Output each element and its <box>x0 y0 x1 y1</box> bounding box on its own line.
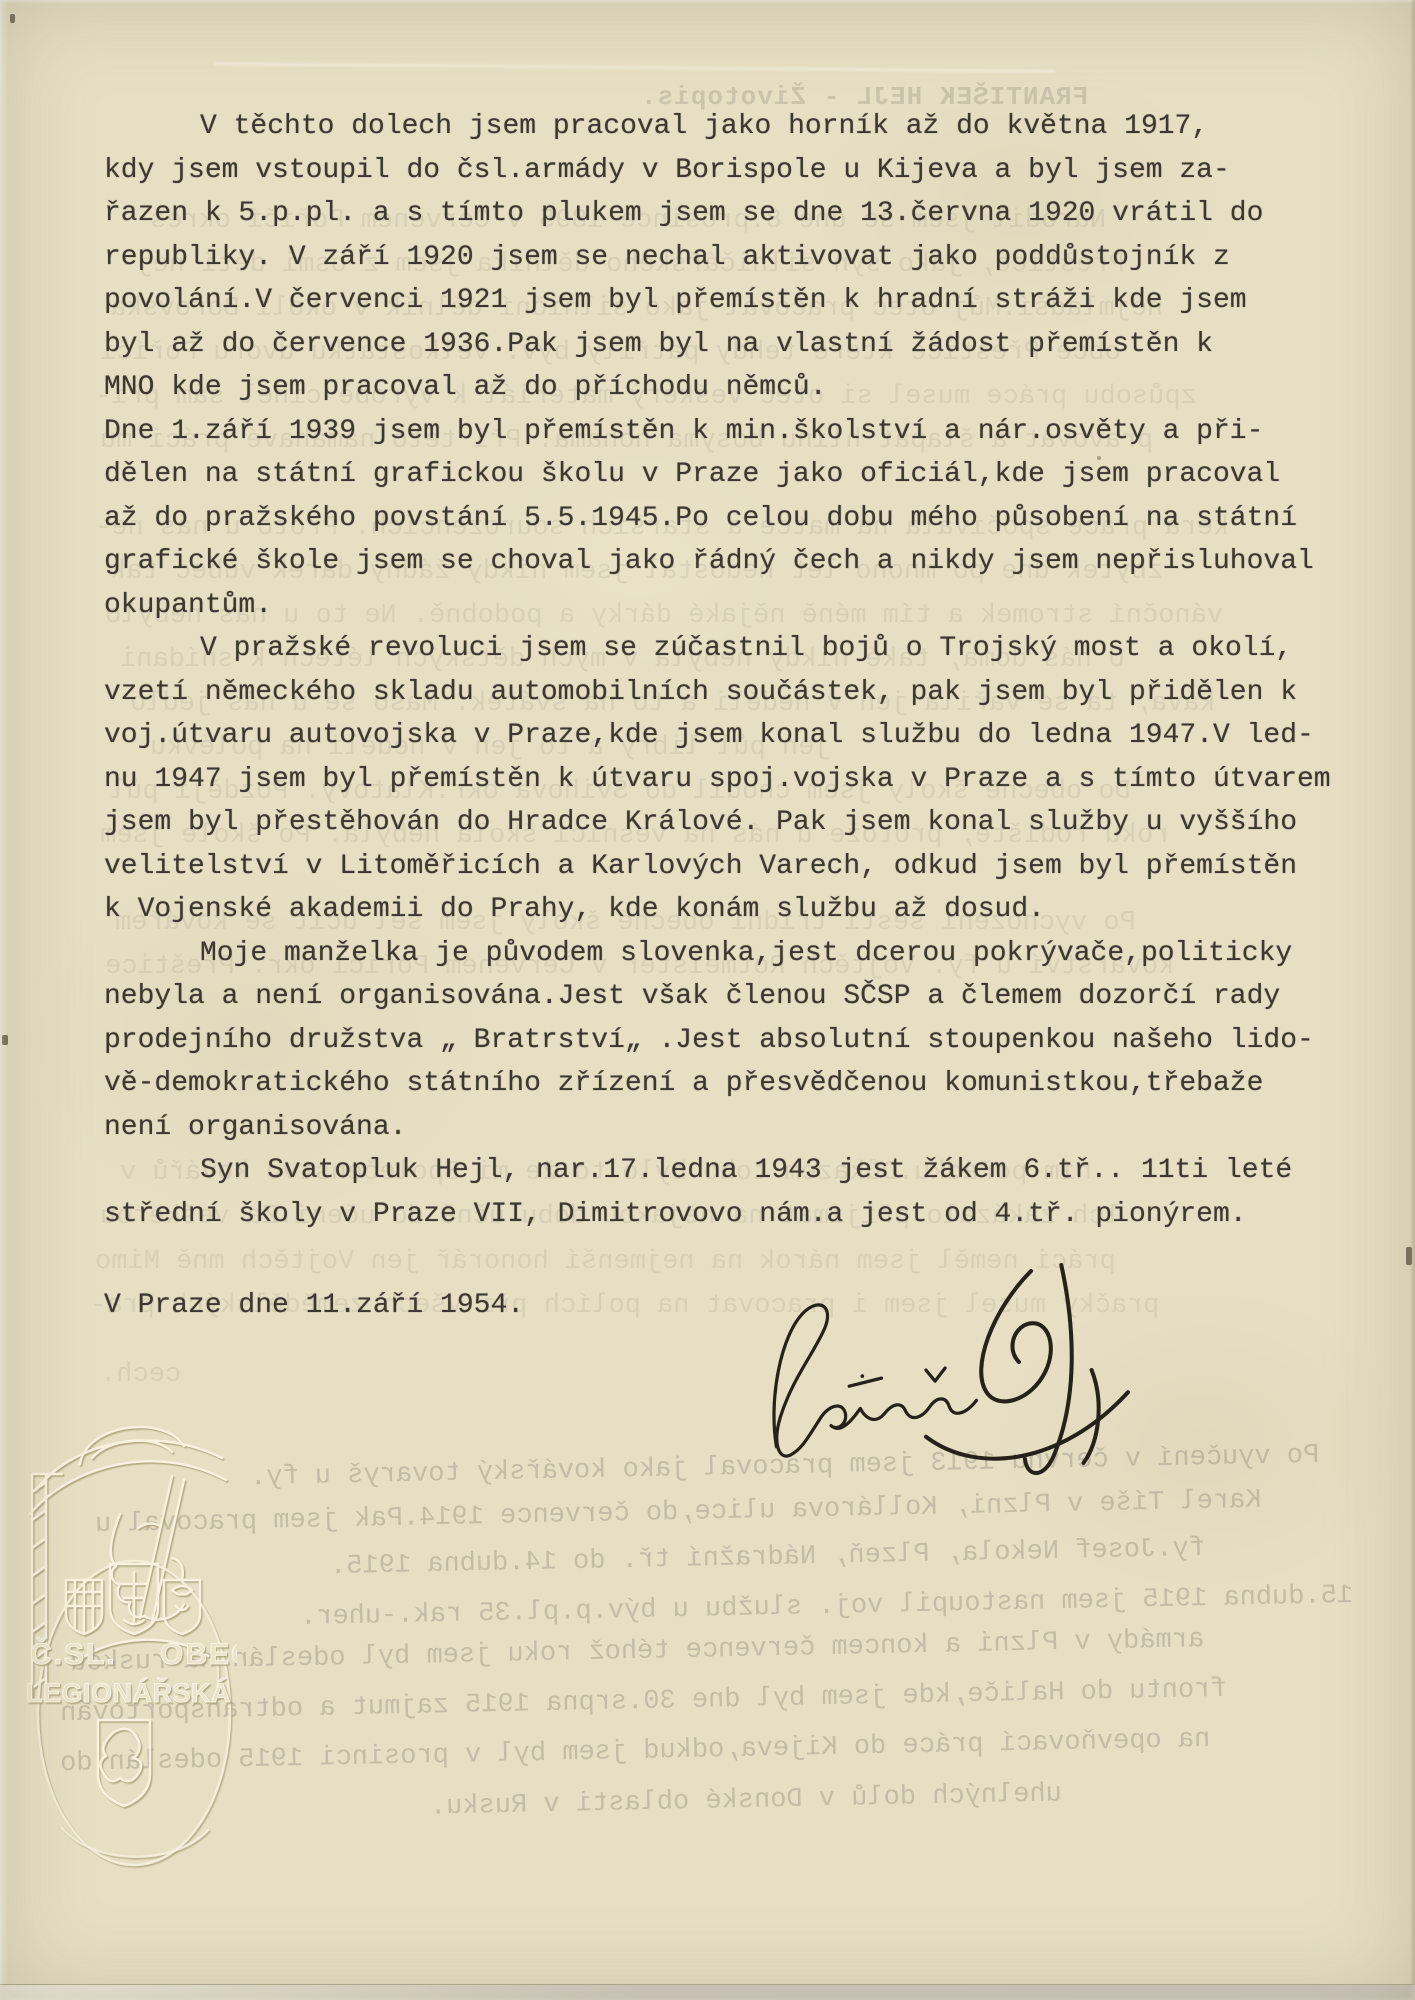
typed-line: nu 1947 jsem byl přemístěn k útvaru spoj… <box>104 758 1369 802</box>
paper-edge-top <box>0 0 1415 4</box>
typed-line: MNO kde jsem pracoval až do příchodu něm… <box>104 366 1369 410</box>
typed-line: k Vojenské akademii do Prahy, kde konám … <box>104 888 1369 932</box>
typed-line: kdy jsem vstoupil do čsl.armády v Borisp… <box>104 149 1369 193</box>
paper-speck <box>10 14 15 23</box>
typed-line: vě-demokratického státního zřízení a pře… <box>104 1062 1369 1106</box>
hat-brim-icon <box>36 1440 222 1490</box>
stamp-text-obec: OBEC <box>160 1638 237 1671</box>
typed-line: povolání.V červenci 1921 jsem byl přemís… <box>104 279 1369 323</box>
typewritten-text-block: V těchto dolech jsem pracoval jako horní… <box>104 105 1369 1236</box>
legionnaire-face-icon <box>111 1514 144 1617</box>
typed-line: střední školy v Praze VII, Dimitrovovo n… <box>104 1193 1369 1237</box>
paper-edge-left <box>0 0 8 2000</box>
typed-line: Moje manželka je původem slovenka,jest d… <box>104 932 1369 976</box>
typed-line: republiky. V září 1920 jsem se nechal ak… <box>104 236 1369 280</box>
typed-line: grafické škole jsem se choval jako řádný… <box>104 540 1369 584</box>
paper-speck <box>1406 1247 1412 1265</box>
typed-line: Dne 1.září 1939 jsem byl přemístěn k min… <box>104 410 1369 454</box>
typed-line: byl až do července 1936.Pak jsem byl na … <box>104 323 1369 367</box>
typed-line: okupantům. <box>104 584 1369 628</box>
typed-line: není organisována. <box>104 1106 1369 1150</box>
stamp-text-csl: Č.SL. <box>30 1637 117 1671</box>
typed-line: dělen na státní grafickou školu v Praze … <box>104 453 1369 497</box>
typed-line: jsem byl přestěhován do Hradce Králové. … <box>104 801 1369 845</box>
paper-speck <box>2 1035 8 1045</box>
stamp-text-legionarska: LEGIONÁŘSKÁ <box>26 1677 231 1708</box>
lion-shield-icon <box>98 1720 150 1806</box>
paper-crease <box>215 62 1055 72</box>
typed-line: prodejního družstva „ Bratrství„ .Jest a… <box>104 1019 1369 1063</box>
typed-line: V těchto dolech jsem pracoval jako horní… <box>104 105 1369 149</box>
bleedthrough-line: fy.Josef Nekola, Plzeň, Nádražní tř. do … <box>330 1534 1205 1582</box>
typed-line: Syn Svatopluk Hejl, nar.17.ledna 1943 je… <box>104 1149 1369 1193</box>
typed-line: nebyla a není organisována.Jest však čle… <box>104 975 1369 1019</box>
typed-line: vzetí německého skladu automobilních sou… <box>104 671 1369 715</box>
embossed-stamp: Č.SL. OBEC LEGIONÁŘSKÁ <box>22 1228 237 1990</box>
bleedthrough-line: Karel Tíše v Plzni, Kollárova ulice,do č… <box>95 1486 1262 1540</box>
typed-line: V pražské revoluci jsem se zúčastnil boj… <box>104 627 1369 671</box>
scanned-document-page: FRANTIŠEK HEJL - Životopis. Narodil jsem… <box>0 0 1415 2000</box>
typed-line: velitelství v Litoměřicích a Karlových V… <box>104 845 1369 889</box>
typed-line: až do pražského povstání 5.5.1945.Po cel… <box>104 497 1369 541</box>
signature-graphic <box>728 1248 1132 1482</box>
paper-edge-right <box>1410 0 1415 2000</box>
bleedthrough-line: armády v Plzni a koncem července téhož r… <box>70 1625 1205 1679</box>
bleedthrough-line: uhelných dolů v Donské oblasti v Rusku. <box>430 1779 1062 1822</box>
typed-line: voj.útvaru autovojska v Praze,kde jsem k… <box>104 714 1369 758</box>
typed-line: řazen k 5.p.pl. a s tímto plukem jsem se… <box>104 192 1369 236</box>
